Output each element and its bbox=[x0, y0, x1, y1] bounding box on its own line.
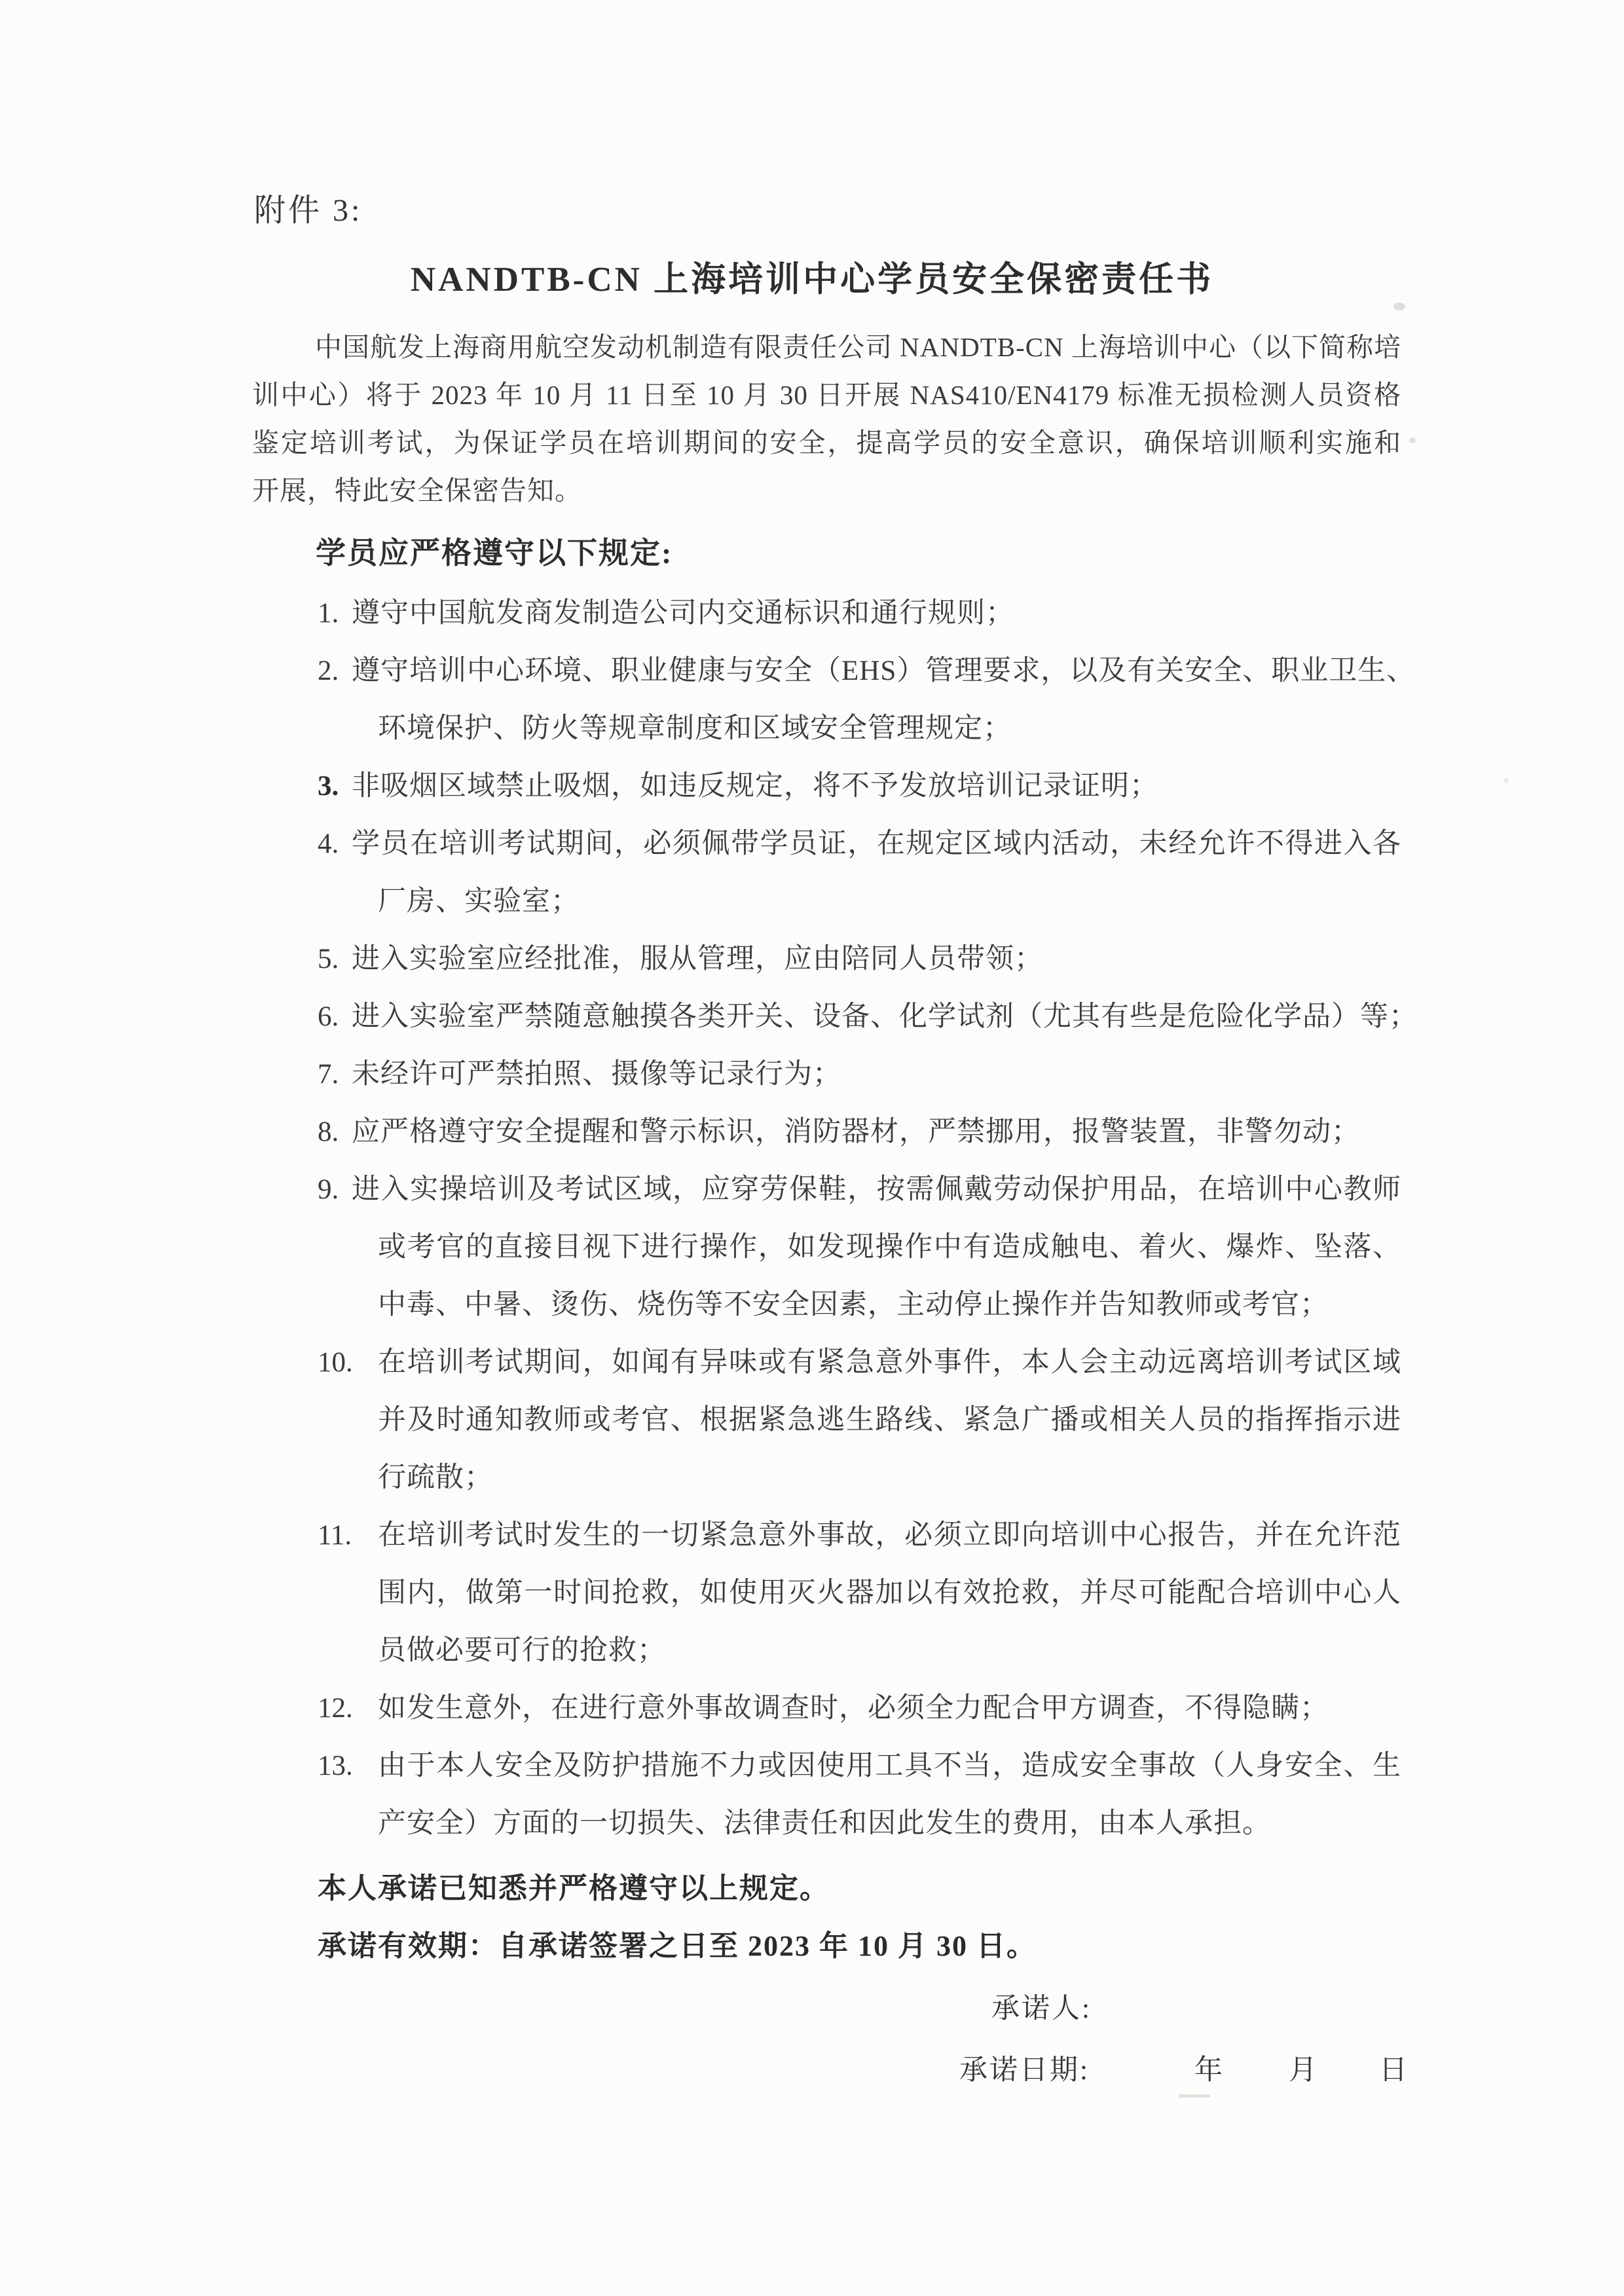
rule-text: 围内，做第一时间抢救，如使用灭火器加以有效抢救，并尽可能配合培训中心人 bbox=[378, 1578, 1401, 1608]
rule-number: 7. bbox=[318, 1046, 339, 1103]
rule-line: 并及时通知教师或考官、根据紧急逃生路线、紧急广播或相关人员的指挥指示进 bbox=[252, 1392, 1401, 1449]
document-title: NANDTB-CN 上海培训中心学员安全保密责任书 bbox=[0, 251, 1624, 301]
attachment-label: 附件 3: bbox=[254, 185, 362, 230]
rule-number: 10. bbox=[318, 1334, 353, 1392]
rule-number: 6. bbox=[318, 988, 339, 1046]
rule-number: 9. bbox=[318, 1161, 339, 1219]
rules-list: 1. 遵守中国航发商发制造公司内交通标识和通行规则； 2. 遵守培训中心环境、职… bbox=[252, 585, 1401, 1853]
rules-heading: 学员应严格遵守以下规定: bbox=[316, 534, 673, 573]
rule-line: 员做必要可行的抢救； bbox=[252, 1622, 1401, 1680]
commitment-statement: 本人承诺已知悉并严格遵守以上规定。 bbox=[318, 1860, 1405, 1917]
rule-text: 产安全）方面的一切损失、法律责任和因此发生的费用，由本人承担。 bbox=[378, 1808, 1271, 1839]
rule-text: 员做必要可行的抢救； bbox=[378, 1635, 666, 1666]
scan-artifact bbox=[1504, 778, 1509, 783]
rule-text: 厂房、实验室； bbox=[378, 886, 580, 917]
rule-line: 11. 在培训考试时发生的一切紧急意外事故，必须立即向培训中心报告，并在允许范 bbox=[252, 1507, 1401, 1565]
rule-text: 如发生意外，在进行意外事故调查时，必须全力配合甲方调查，不得隐瞒； bbox=[378, 1693, 1329, 1724]
rule-line: 7. 未经许可严禁拍照、摄像等记录行为； bbox=[252, 1046, 1401, 1103]
rule-number: 5. bbox=[318, 931, 339, 988]
rule-line: 1. 遵守中国航发商发制造公司内交通标识和通行规则； bbox=[252, 585, 1401, 642]
rule-line: 3. 非吸烟区域禁止吸烟，如违反规定，将不予发放培训记录证明； bbox=[252, 758, 1401, 815]
intro-paragraph: 中国航发上海商用航空发动机制造有限责任公司 NANDTB-CN 上海培训中心（以… bbox=[252, 324, 1401, 515]
rule-line: 10. 在培训考试期间，如闻有异味或有紧急意外事件，本人会主动远离培训考试区域 bbox=[252, 1334, 1401, 1392]
rule-line: 产安全）方面的一切损失、法律责任和因此发生的费用，由本人承担。 bbox=[252, 1795, 1401, 1853]
rule-line: 围内，做第一时间抢救，如使用灭火器加以有效抢救，并尽可能配合培训中心人 bbox=[252, 1565, 1401, 1622]
rule-text: 进入实验室应经批准，服从管理，应由陪同人员带领； bbox=[352, 944, 1043, 974]
rule-text: 未经许可严禁拍照、摄像等记录行为； bbox=[352, 1059, 841, 1090]
intro-line: 训中心）将于 2023 年 10 月 11 日至 10 月 30 日开展 NAS… bbox=[252, 371, 1401, 419]
rule-line: 6. 进入实验室严禁随意触摸各类开关、设备、化学试剂（尤其有些是危险化学品）等； bbox=[252, 988, 1401, 1046]
intro-line: 中国航发上海商用航空发动机制造有限责任公司 NANDTB-CN 上海培训中心（以… bbox=[252, 324, 1401, 371]
intro-line: 鉴定培训考试，为保证学员在培训期间的安全，提高学员的安全意识，确保培训顺利实施和 bbox=[252, 419, 1401, 467]
rule-number: 2. bbox=[318, 642, 339, 700]
rule-line: 8. 应严格遵守安全提醒和警示标识，消防器材，严禁挪用，报警装置，非警勿动； bbox=[252, 1103, 1401, 1161]
rule-text: 在培训考试期间，如闻有异味或有紧急意外事件，本人会主动远离培训考试区域 bbox=[378, 1347, 1401, 1378]
date-unit-day: 日 bbox=[1379, 2055, 1409, 2086]
rule-number: 12. bbox=[318, 1680, 353, 1737]
scan-artifact bbox=[1409, 437, 1416, 443]
rule-text: 或考官的直接目视下进行操作，如发现操作中有造成触电、着火、爆炸、坠落、 bbox=[378, 1232, 1401, 1263]
rule-number: 8. bbox=[318, 1103, 339, 1161]
rule-number: 3. bbox=[318, 758, 339, 815]
rule-text: 行疏散； bbox=[378, 1462, 493, 1493]
rule-text: 进入实验室严禁随意触摸各类开关、设备、化学试剂（尤其有些是危险化学品）等； bbox=[352, 1001, 1418, 1032]
document-page: 附件 3: NANDTB-CN 上海培训中心学员安全保密责任书 中国航发上海商用… bbox=[0, 0, 1624, 2296]
rule-text: 并及时通知教师或考官、根据紧急逃生路线、紧急广播或相关人员的指挥指示进 bbox=[378, 1405, 1401, 1435]
rule-line: 或考官的直接目视下进行操作，如发现操作中有造成触电、着火、爆炸、坠落、 bbox=[252, 1219, 1401, 1276]
rule-line: 2. 遵守培训中心环境、职业健康与安全（EHS）管理要求，以及有关安全、职业卫生… bbox=[252, 642, 1401, 700]
rule-text: 环境保护、防火等规章制度和区域安全管理规定； bbox=[378, 713, 1012, 744]
rule-line: 厂房、实验室； bbox=[252, 873, 1401, 931]
rule-line: 4. 学员在培训考试期间，必须佩带学员证，在规定区域内活动，未经允许不得进入各 bbox=[252, 815, 1401, 873]
rule-text: 由于本人安全及防护措施不力或因使用工具不当，造成安全事故（人身安全、生 bbox=[378, 1750, 1401, 1781]
rule-text: 在培训考试时发生的一切紧急意外事故，必须立即向培训中心报告，并在允许范 bbox=[378, 1520, 1401, 1551]
rule-number: 1. bbox=[318, 585, 339, 642]
rule-text: 遵守培训中心环境、职业健康与安全（EHS）管理要求，以及有关安全、职业卫生、 bbox=[352, 656, 1415, 686]
date-line: 承诺日期:年月日 bbox=[959, 2051, 1409, 2090]
signer-label: 承诺人: bbox=[991, 1990, 1092, 2029]
rule-text: 非吸烟区域禁止吸烟，如违反规定，将不予发放培训记录证明； bbox=[352, 771, 1158, 802]
rule-number: 11. bbox=[318, 1507, 352, 1565]
rule-line: 环境保护、防火等规章制度和区域安全管理规定； bbox=[252, 700, 1401, 758]
rule-number: 4. bbox=[318, 815, 339, 873]
rule-text: 学员在培训考试期间，必须佩带学员证，在规定区域内活动，未经允许不得进入各 bbox=[352, 828, 1401, 859]
rule-text: 中毒、中暑、烫伤、烧伤等不安全因素，主动停止操作并告知教师或考官； bbox=[378, 1289, 1329, 1320]
rule-line: 12. 如发生意外，在进行意外事故调查时，必须全力配合甲方调查，不得隐瞒； bbox=[252, 1680, 1401, 1737]
commitment-validity: 承诺有效期：自承诺签署之日至 2023 年 10 月 30 日。 bbox=[318, 1917, 1405, 1975]
rule-text: 进入实操培训及考试区域，应穿劳保鞋，按需佩戴劳动保护用品，在培训中心教师 bbox=[352, 1174, 1401, 1205]
rule-text: 应严格遵守安全提醒和警示标识，消防器材，严禁挪用，报警装置，非警勿动； bbox=[352, 1117, 1360, 1147]
rule-line: 9. 进入实操培训及考试区域，应穿劳保鞋，按需佩戴劳动保护用品，在培训中心教师 bbox=[252, 1161, 1401, 1219]
date-unit-month: 月 bbox=[1289, 2055, 1319, 2086]
rule-line: 行疏散； bbox=[252, 1449, 1401, 1507]
rule-line: 13. 由于本人安全及防护措施不力或因使用工具不当，造成安全事故（人身安全、生 bbox=[252, 1737, 1401, 1795]
rule-line: 5. 进入实验室应经批准，服从管理，应由陪同人员带领； bbox=[252, 931, 1401, 988]
commitment-block: 本人承诺已知悉并严格遵守以上规定。 承诺有效期：自承诺签署之日至 2023 年 … bbox=[318, 1860, 1405, 1975]
scan-artifact bbox=[1393, 303, 1405, 310]
rule-number: 13. bbox=[318, 1737, 353, 1795]
rule-text: 遵守中国航发商发制造公司内交通标识和通行规则； bbox=[352, 598, 1014, 629]
date-unit-year: 年 bbox=[1194, 2055, 1225, 2086]
rule-line: 中毒、中暑、烫伤、烧伤等不安全因素，主动停止操作并告知教师或考官； bbox=[252, 1276, 1401, 1334]
intro-line: 开展，特此安全保密告知。 bbox=[252, 467, 1401, 515]
date-label: 承诺日期: bbox=[959, 2055, 1090, 2086]
scan-artifact bbox=[1179, 2094, 1210, 2098]
